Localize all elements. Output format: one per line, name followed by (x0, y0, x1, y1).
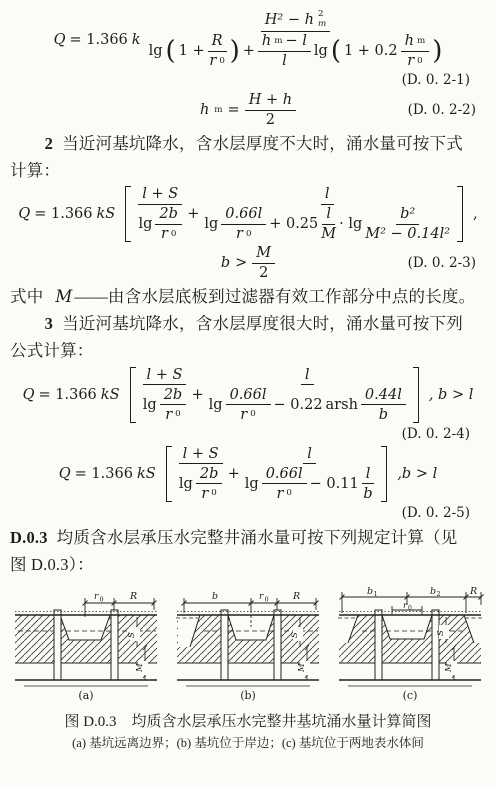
figure-d03: r 0 R S M (a) (10, 585, 486, 703)
equation-d023: Q = 1.366 kS l + S lg 2b r0 + l lg 0.66l… (10, 186, 486, 242)
dim-label-r0: r (94, 592, 99, 602)
dim-label-R: R (469, 586, 477, 597)
figure-diagram-a: r 0 R S M (a) (10, 585, 162, 703)
dim-label-r0-sub: 0 (408, 605, 412, 612)
dim-label-M: M (135, 663, 145, 673)
dim-label-b1-sub: 1 (374, 590, 378, 598)
dim-label-R: R (129, 591, 137, 602)
figure-tag-b: (b) (240, 689, 256, 702)
equation-label-d022: (D. 0. 2-2) (408, 102, 476, 118)
figure-caption: 图 D.0.3 均质含水层承压水完整井基坑涌水量计算简图 (10, 710, 486, 731)
equation-d024: Q = 1.366 kS l + S lg 2b r0 + l lg 0.66l… (10, 367, 486, 423)
figure-tag-a: (a) (78, 689, 93, 702)
paragraph-3-cont: 公式计算： (10, 338, 486, 363)
dim-label-b: b (212, 591, 218, 602)
figure-diagram-b: b r 0 R S M (b) (172, 585, 324, 703)
dim-label-r0-sub: 0 (265, 595, 269, 603)
paragraph-2-cont: 计算： (10, 158, 486, 183)
dim-label-b2-sub: 2 (437, 590, 441, 598)
document-page: Q = 1.366 k H² − h2m lg ( 1 + R r0 ) + h… (0, 0, 496, 787)
dim-label-M: M (444, 663, 454, 673)
paragraph-3: 3当近河基坑降水，含水层厚度很大时，涌水量可按下列 (10, 311, 486, 336)
section-d03: D.0.3均质含水层承压水完整井涌水量可按下列规定计算（见 (10, 525, 486, 550)
dim-label-b1: b (367, 586, 373, 597)
equation-label-d023: (D. 0. 2-3) (408, 255, 476, 271)
figure-subcaption: (a) 基坑远离边界；(b) 基坑位于岸边；(c) 基坑位于两地表水体间 (10, 733, 486, 751)
equation-label-d025: (D. 0. 2-5) (10, 505, 486, 521)
equation-d022: hm = H + h 2 (D. 0. 2-2) (10, 92, 486, 128)
equation-d025: Q = 1.366 kS l + S lg 2b r0 + l lg 0.66l… (10, 446, 486, 502)
equation-d023-condition: b > M 2 (D. 0. 2-3) (10, 245, 486, 281)
dim-label-S: S (127, 632, 137, 638)
dim-label-b2: b (430, 586, 436, 597)
dim-label-r0: r (259, 592, 264, 602)
figure-tag-c: (c) (403, 689, 418, 702)
dim-label-r0-sub: 0 (100, 595, 104, 603)
section-d03-cont: 图 D.0.3）： (10, 552, 486, 577)
dim-label-S: S (436, 630, 446, 636)
figure-diagram-c: b 1 b 2 R r 0 S M (c) (334, 585, 486, 703)
equation-label-d024: (D. 0. 2-4) (10, 426, 486, 442)
equation-label-d021: (D. 0. 2-1) (10, 72, 486, 88)
paragraph-2: 2当近河基坑降水，含水层厚度不大时，涌水量可按下式 (10, 131, 486, 156)
equation-d021: Q = 1.366 k H² − h2m lg ( 1 + R r0 ) + h… (10, 10, 486, 69)
dim-label-R: R (292, 591, 300, 602)
dim-label-M: M (297, 663, 307, 673)
where-clause: 式中M——由含水层底板到过滤器有效工作部分中点的长度。 (10, 284, 486, 309)
dim-label-S: S (290, 632, 300, 638)
